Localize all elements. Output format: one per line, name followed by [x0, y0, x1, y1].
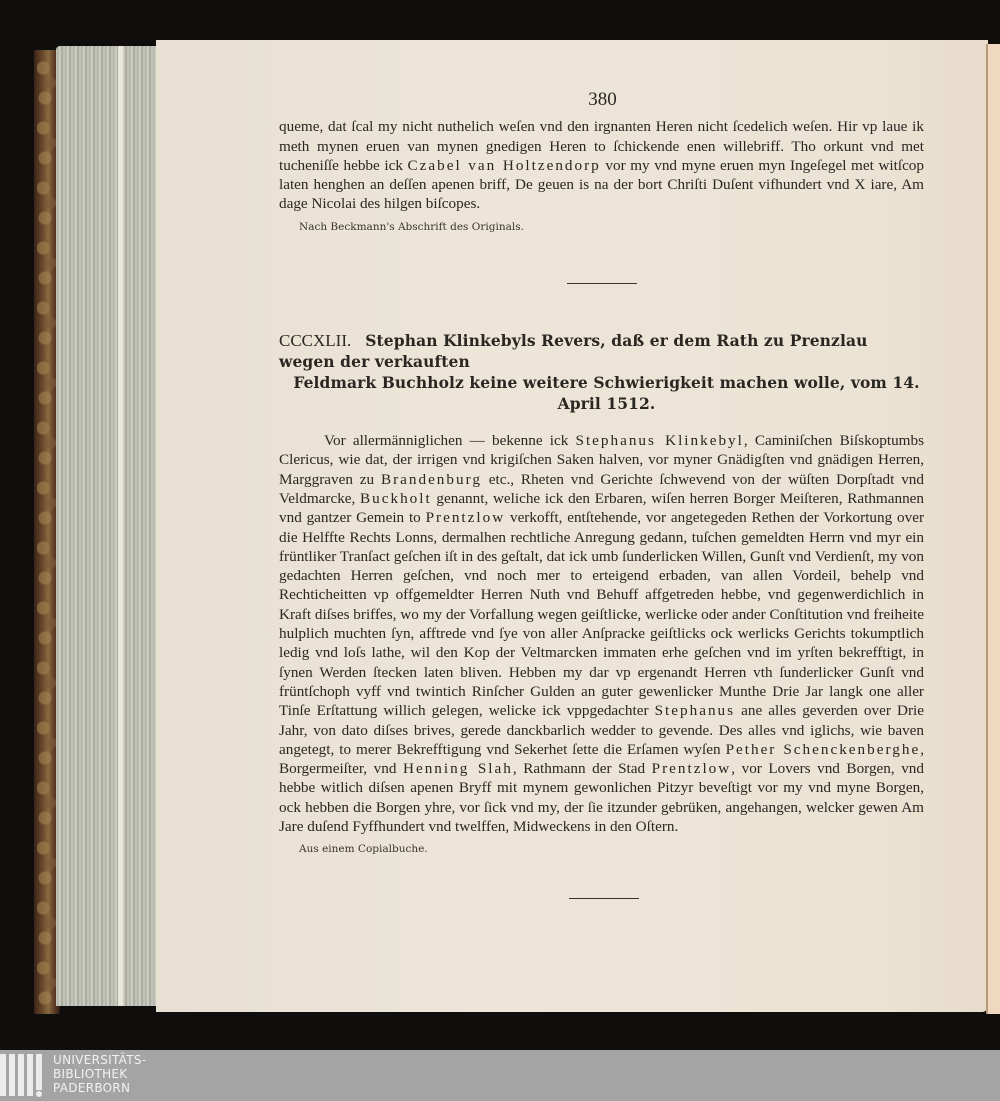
heading-title-2: Feldmark Buchholz keine weitere Schwieri… — [293, 373, 919, 413]
source-note: Aus einem Copialbuche. — [299, 840, 924, 859]
person-name: Stephanus Klinkebyl — [576, 432, 744, 449]
document-heading: CCCXLII.Stephan Klinkebyls Revers, daß e… — [279, 330, 924, 414]
logo-line: UNIVERSITÄTS- — [53, 1053, 146, 1067]
text-span: Vor allermänniglichen — bekenne ick — [324, 432, 576, 449]
page-content: 380 queme, dat ſcal my nicht nuthelich w… — [279, 90, 924, 899]
place-name: Prentzlow — [652, 760, 732, 777]
document-numeral: CCCXLII. — [279, 331, 351, 350]
logo-line: PADERBORN — [53, 1081, 146, 1095]
place-name: Brandenburg — [381, 471, 482, 488]
heading-line-2: Feldmark Buchholz keine weitere Schwieri… — [279, 372, 924, 414]
person-name: Stephanus — [655, 702, 735, 719]
document-body: Vor allermänniglichen — bekenne ick Step… — [279, 431, 924, 836]
logo-line: BIBLIOTHEK — [53, 1067, 146, 1081]
heading-line-1: CCCXLII.Stephan Klinkebyls Revers, daß e… — [279, 330, 924, 372]
text-span: verkofft, entſtehende, vor angetegeden R… — [279, 509, 924, 719]
section-divider — [567, 283, 637, 284]
person-name: Pether Schenckenberghe — [726, 741, 921, 758]
library-logo-icon — [0, 1054, 42, 1096]
continued-paragraph: queme, dat ſcal my nicht nuthelich weſen… — [279, 117, 924, 213]
library-footer: UNIVERSITÄTS- BIBLIOTHEK PADERBORN — [0, 1050, 1000, 1101]
place-name: Prentzlow — [426, 509, 506, 526]
library-logo-text: UNIVERSITÄTS- BIBLIOTHEK PADERBORN — [53, 1053, 146, 1095]
place-name: Buckholt — [360, 490, 432, 507]
source-note: Nach Beckmann's Abschrift des Originals. — [299, 218, 924, 237]
heading-title-1: Stephan Klinkebyls Revers, daß er dem Ra… — [279, 331, 867, 371]
person-name: Czabel van Holtzendorp — [408, 157, 601, 174]
section-divider — [569, 898, 639, 899]
page-stack-edges — [56, 46, 156, 1006]
text-span: , Rathmann der Stad — [513, 760, 652, 777]
page-number: 380 — [279, 90, 924, 109]
person-name: Henning Slah — [403, 760, 513, 777]
facing-page-edge — [986, 44, 1000, 1014]
